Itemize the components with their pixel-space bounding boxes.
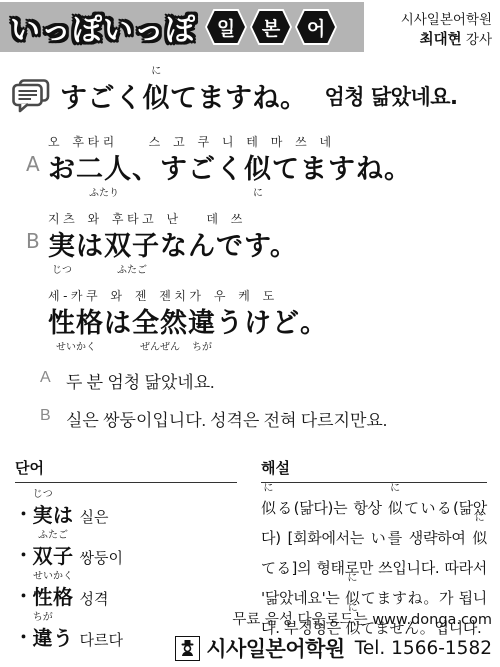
vocab-item: ・実じつは실은 <box>15 487 237 528</box>
speaker-label: A <box>26 133 48 188</box>
ruby-segment: 似に <box>244 152 272 188</box>
academy-name: 시사일본어학원 <box>401 10 492 30</box>
furigana: ちが <box>33 613 53 623</box>
jp-text: うけど。 <box>216 308 328 339</box>
speaker-label: A <box>40 368 66 393</box>
furigana: に <box>475 514 485 524</box>
jp-text: 双子 <box>104 231 160 262</box>
vocab-meaning: 쌍둥이 <box>80 549 123 567</box>
hexagon-badge: 본 <box>250 9 292 45</box>
jp-text: 違 <box>188 308 216 339</box>
speech-bubble-icon <box>11 79 51 113</box>
key-sentence: すごく似にてますね。 엄청 닮았네요. <box>11 64 500 115</box>
ruby-segment: 実じつ <box>48 229 76 265</box>
furigana: ちが <box>192 343 212 353</box>
hexagon-char: 어 <box>297 11 335 43</box>
jp-text: は <box>53 503 74 527</box>
furigana: に <box>263 484 273 494</box>
ruby-segment: 違ちが <box>33 622 54 651</box>
brand-logo: いっぽいっぽ 일 본 어 <box>0 2 364 52</box>
pronunciation-guide: 오 후타리 스 고 쿠 니 테 마 쓰 네 <box>48 133 412 150</box>
furigana: ふたご <box>117 266 147 276</box>
footer-telephone: Tel. 1566-1582 <box>355 638 492 659</box>
instructor-line: 최대현 강사 <box>401 30 492 52</box>
jp-text: 、すごく <box>132 154 244 185</box>
footer-brand-line: 시사일본어학원 Tel. 1566-1582 <box>175 633 492 663</box>
furigana: じつ <box>52 266 72 276</box>
jp-text: 似 <box>244 154 272 185</box>
jp-text: 似 <box>261 499 276 517</box>
bullet: ・ <box>15 628 33 648</box>
hexagon-badge: 일 <box>205 9 247 45</box>
jp-text: 実 <box>33 503 54 527</box>
vocab-meaning: 다르다 <box>80 631 123 649</box>
furigana: に <box>347 574 357 584</box>
translation-line-b: B 실은 쌍둥이입니다. 성격은 전혀 다르지만요. <box>40 406 500 431</box>
key-sentence-japanese: すごく似にてますね。 <box>60 76 308 115</box>
ruby-segment: 似に <box>143 76 171 115</box>
jp-text: 全然 <box>132 308 188 339</box>
dialogue-line-a: A 오 후타리 스 고 쿠 니 테 마 쓰 네 お二人ふたり、すごく似にてますね… <box>26 133 500 188</box>
brand-hexagons: 일 본 어 <box>205 9 337 45</box>
furigana: ぜんぜん <box>140 343 180 353</box>
footer: 무료 음성 다운로드는 www.donga.com 시사일본어학원 Tel. 1… <box>175 608 492 663</box>
jp-text: すごく <box>60 83 143 114</box>
footer-academy-name: 시사일본어학원 <box>206 633 345 663</box>
vocab-meaning: 성격 <box>80 590 109 608</box>
pronunciation-guide: 지츠 와 후타고 난 데 쓰 <box>48 210 298 227</box>
bullet: ・ <box>15 587 33 607</box>
key-sentence-korean: 엄청 닮았네요. <box>325 81 458 111</box>
vocab-item: ・性格せいかく성격 <box>15 569 237 610</box>
jp-text: う <box>53 626 74 650</box>
jp-text: 双子 <box>33 544 74 568</box>
furigana: に <box>151 67 161 77</box>
instructor-title: 강사 <box>462 32 492 48</box>
jp-text: 違 <box>33 626 54 650</box>
ruby-segment: 二人ふたり <box>76 152 132 188</box>
jp-text: てますね。 <box>170 83 308 114</box>
ruby-segment: 違ちが <box>188 306 216 342</box>
furigana: じつ <box>33 490 53 500</box>
hexagon-badge: 어 <box>295 9 337 45</box>
furigana: に <box>253 189 263 199</box>
vocab-item: ・双子ふたご쌍둥이 <box>15 528 237 569</box>
speaker-label: B <box>40 406 66 431</box>
jp-text: 実 <box>48 231 76 262</box>
jp-text: 似 <box>143 83 171 114</box>
scholar-logo-icon <box>175 636 200 661</box>
dialogue-body: 오 후타리 스 고 쿠 니 테 마 쓰 네 お二人ふたり、すごく似にてますね。 <box>48 133 412 188</box>
ruby-segment: 実じつ <box>33 499 54 528</box>
jp-text: お <box>48 154 76 185</box>
translation-line-a: A 두 분 엄청 닮았네요. <box>40 368 500 393</box>
furigana: に <box>390 484 400 494</box>
ruby-segment: 似に <box>261 493 276 523</box>
instructor-name: 최대현 <box>420 32 462 48</box>
header: いっぽいっぽ 일 본 어 시사일본어학원 최대현 강사 <box>0 0 500 52</box>
ruby-segment: 性格せいかく <box>33 581 74 610</box>
hexagon-char: 일 <box>207 11 245 43</box>
ruby-segment: 双子ふたご <box>33 540 74 569</box>
furigana: ふたり <box>89 189 119 199</box>
jp-text: 性格 <box>33 585 74 609</box>
jp-text: は <box>104 308 132 339</box>
translation-text: 두 분 엄청 닮았네요. <box>66 368 214 393</box>
ruby-segment: 似に <box>388 493 403 523</box>
japanese-sentence: お二人ふたり、すごく似にてますね。 <box>48 152 412 188</box>
ruby-segment: 双子ふたご <box>104 229 160 265</box>
explanation-header: 해설 <box>261 457 487 483</box>
ruby-segment: 全然ぜんぜん <box>132 306 188 342</box>
ruby-segment: 似に <box>472 523 487 553</box>
jp-text: 二人 <box>76 154 132 185</box>
japanese-sentence: 実じつは双子ふたごなんです。 <box>48 229 298 265</box>
vocab-meaning: 실은 <box>80 508 109 526</box>
dialogue-line-b2: 세-카쿠 와 젠 젠치가 우 케 도 性格せいかくは全然ぜんぜん違ちがうけど。 <box>26 287 500 342</box>
download-info: 무료 음성 다운로드는 www.donga.com <box>175 608 492 629</box>
jp-text: 似 <box>388 499 403 517</box>
ruby-segment: 性格せいかく <box>48 306 104 342</box>
jp-text: 性格 <box>48 308 104 339</box>
jp-text: は <box>76 231 104 262</box>
japanese-sentence: 性格せいかくは全然ぜんぜん違ちがうけど。 <box>48 306 328 342</box>
hexagon-char: 본 <box>252 11 290 43</box>
jp-text: なんです。 <box>160 231 298 262</box>
lesson-page: いっぽいっぽ 일 본 어 시사일본어학원 최대현 강사 すごく似にてますね。 엄… <box>0 0 500 667</box>
dialogue-body: 세-카쿠 와 젠 젠치가 우 케 도 性格せいかくは全然ぜんぜん違ちがうけど。 <box>48 287 328 342</box>
jp-text: 似 <box>472 529 487 547</box>
furigana: ふたご <box>38 531 68 541</box>
speaker-label <box>26 287 48 342</box>
furigana: せいかく <box>56 343 96 353</box>
explanation-text: る(닮다)는 항상 <box>276 499 388 517</box>
vocab-header: 단어 <box>15 457 237 483</box>
bullet: ・ <box>15 505 33 525</box>
dialogue-body: 지츠 와 후타고 난 데 쓰 実じつは双子ふたごなんです。 <box>48 210 298 265</box>
dialogue-line-b: B 지츠 와 후타고 난 데 쓰 実じつは双子ふたごなんです。 <box>26 210 500 265</box>
pronunciation-guide: 세-카쿠 와 젠 젠치가 우 케 도 <box>48 287 328 304</box>
furigana: せいかく <box>33 572 73 582</box>
jp-text: てますね。 <box>272 154 412 185</box>
speaker-label: B <box>26 210 48 265</box>
header-credits: 시사일본어학원 최대현 강사 <box>401 2 492 52</box>
brand-japanese-text: いっぽいっぽ <box>10 5 196 49</box>
bullet: ・ <box>15 546 33 566</box>
translation-text: 실은 쌍둥이입니다. 성격은 전혀 다르지만요. <box>66 406 387 431</box>
